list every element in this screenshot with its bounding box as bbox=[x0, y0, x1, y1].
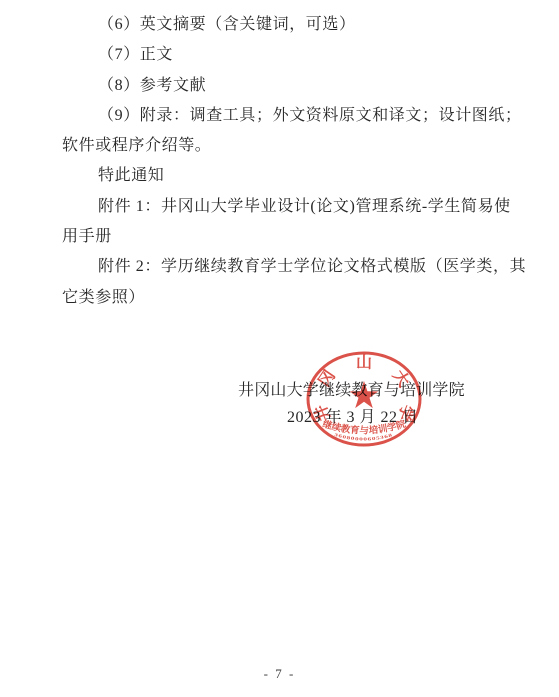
body-line-text: 它类参照） bbox=[62, 289, 145, 306]
body-line-text: 特此通知 bbox=[98, 167, 164, 184]
seal-bottom-text: 继续教育与培训学院 bbox=[321, 418, 408, 437]
page-number: - 7 - bbox=[0, 666, 559, 682]
body-line: 特此通知 bbox=[62, 161, 531, 191]
document-page: （6）英文摘要（含关键词，可选） （7）正文 （8）参考文献 （9）附录：调查工… bbox=[0, 0, 559, 697]
body-line-text: 软件或程序介绍等。 bbox=[62, 137, 211, 154]
notice-body: （6）英文摘要（含关键词，可选） （7）正文 （8）参考文献 （9）附录：调查工… bbox=[62, 10, 531, 313]
body-line-text: （9）附录：调查工具；外文资料原文和译文；设计图纸； bbox=[98, 107, 522, 124]
seal-star-icon bbox=[350, 381, 379, 408]
body-line: （9）附录：调查工具；外文资料原文和译文；设计图纸； bbox=[62, 101, 531, 131]
body-line-text: （7）正文 bbox=[98, 46, 173, 63]
body-line: 软件或程序介绍等。 bbox=[62, 131, 531, 161]
seal-arc-char: 山 bbox=[356, 354, 372, 372]
body-line: 它类参照） bbox=[62, 283, 531, 313]
body-line: 附件 1：井冈山大学毕业设计(论文)管理系统-学生简易使 bbox=[62, 192, 531, 222]
body-line: （8）参考文献 bbox=[62, 71, 531, 101]
body-line-text: （8）参考文献 bbox=[98, 77, 206, 94]
body-line-text: 附件 1：井冈山大学毕业设计(论文)管理系统-学生简易使 bbox=[98, 198, 511, 215]
body-line: 附件 2：学历继续教育学士学位论文格式模版（医学类，其 bbox=[62, 252, 531, 282]
body-line-text: （6）英文摘要（含关键词，可选） bbox=[98, 16, 356, 33]
official-seal-stamp: 井 冈 山 大 学 继续教育与培训学院 36080000605368 bbox=[302, 346, 426, 452]
body-line-text: 用手册 bbox=[62, 228, 112, 245]
body-line: （6）英文摘要（含关键词，可选） bbox=[62, 10, 531, 40]
body-line-text: 附件 2：学历继续教育学士学位论文格式模版（医学类，其 bbox=[98, 258, 526, 275]
body-line: （7）正文 bbox=[62, 40, 531, 70]
body-line: 用手册 bbox=[62, 222, 531, 252]
